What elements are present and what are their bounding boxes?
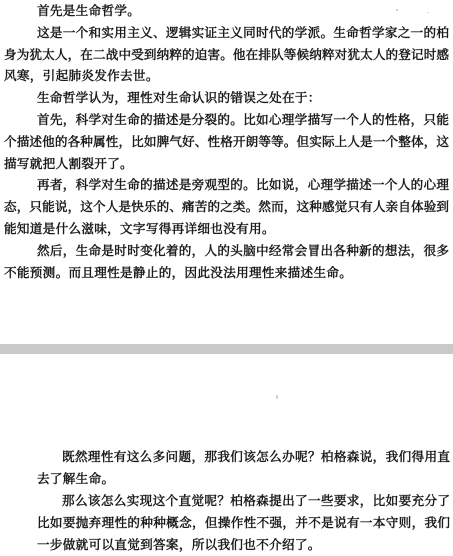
text-line: 既然理性有这么多问题，那我们该怎么办呢？柏格森说，我们得用直觉的方法 [37,446,450,468]
scan-artifact-speck [276,395,278,399]
text-line: 那么该怎么实现这个直觉呢？柏格森提出了一些要求，比如要充分了解对象， [37,490,450,512]
text-line: 一步做就可以直觉到答案，所以我们也不介绍了。 [37,534,450,556]
paragraph-block-bottom: 既然理性有这么多问题，那我们该怎么办呢？柏格森说，我们得用直觉的方法 去了解生命… [37,446,450,556]
page-separator-bar [0,344,453,354]
text-line: 比如要抛弃理性的种种概念，但操作性不强，并不是说有一本守则，我们照着一步 [37,512,450,534]
text-line: 这是一个和实用主义、逻辑实证主义同时代的学派。生命哲学家之一的柏格森 [4,23,449,45]
text-line: 能知道是什么滋味，文字写得再详细也没有用。 [4,219,449,241]
text-line: 态，只能说，这个人是快乐的、痛苦的之类。然而，这种感觉只有人亲自体验到才 [4,197,449,219]
text-line: 个描述他的各种属性，比如脾气好、性格开朗等等。但实际上人是一个整体，这么 [4,132,449,154]
scan-artifact-speck [427,12,429,13]
text-line: 描写就把人割裂开了。 [4,154,449,176]
text-line: 风寒，引起肺炎发作去世。 [4,66,449,88]
text-line: 首先是生命哲学。 [4,1,449,23]
document-page: 首先是生命哲学。 这是一个和实用主义、逻辑实证主义同时代的学派。生命哲学家之一的… [0,0,453,556]
text-line: 首先，科学对生命的描述是分裂的。比如心理学描写一个人的性格，只能一个 [4,110,449,132]
text-line: 身为犹太人，在二战中受到纳粹的迫害。他在排队等候纳粹对犹太人的登记时感染 [4,45,449,67]
text-line: 然后，生命是时时变化着的，人的头脑中经常会冒出各种新的想法，很多想法 [4,241,449,263]
text-line: 去了解生命。 [37,468,450,490]
text-line: 生命哲学认为，理性对生命认识的错误之处在于： [4,88,449,110]
scan-artifact-speck [396,9,398,11]
text-line: 不能预测。而且理性是静止的，因此没法用理性来描述生命。 [4,263,449,285]
text-line: 再者，科学对生命的描述是旁观型的。比如说，心理学描述一个人的心理状 [4,175,449,197]
paragraph-block-top: 首先是生命哲学。 这是一个和实用主义、逻辑实证主义同时代的学派。生命哲学家之一的… [4,1,449,284]
